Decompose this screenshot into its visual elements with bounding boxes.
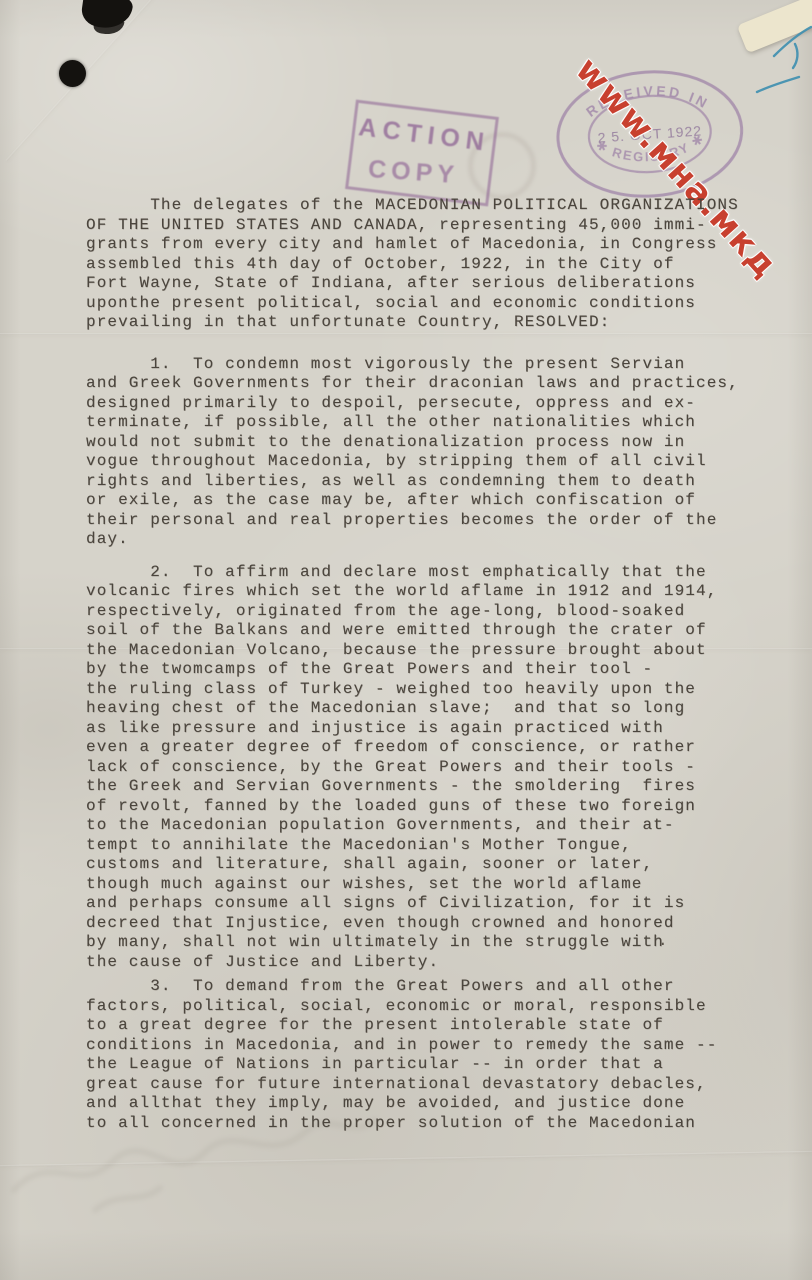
- folded-corner: [737, 0, 812, 53]
- document-body: The delegates of the MACEDONIAN POLITICA…: [86, 196, 776, 1133]
- paragraph-resolution-3: 3. To demand from the Great Powers and a…: [86, 977, 776, 1133]
- action-copy-stamp: ACTION COPY: [345, 100, 499, 207]
- paragraph-resolution-1: 1. To condemn most vigorously the presen…: [86, 355, 776, 550]
- scanned-document-page: ACTION COPY RECEIVED IN ✱ REGISTRY ✱ 2 5…: [0, 0, 812, 1280]
- punch-hole: [59, 60, 86, 87]
- paper-crease: [0, 1151, 812, 1167]
- stray-ink-dot: .: [658, 932, 668, 950]
- paragraph-resolution-2: 2. To affirm and declare most emphatical…: [86, 563, 776, 973]
- paragraph-intro: The delegates of the MACEDONIAN POLITICA…: [86, 196, 776, 333]
- action-copy-stamp-line2: COPY: [344, 153, 484, 192]
- action-copy-stamp-line1: ACTION: [354, 113, 495, 159]
